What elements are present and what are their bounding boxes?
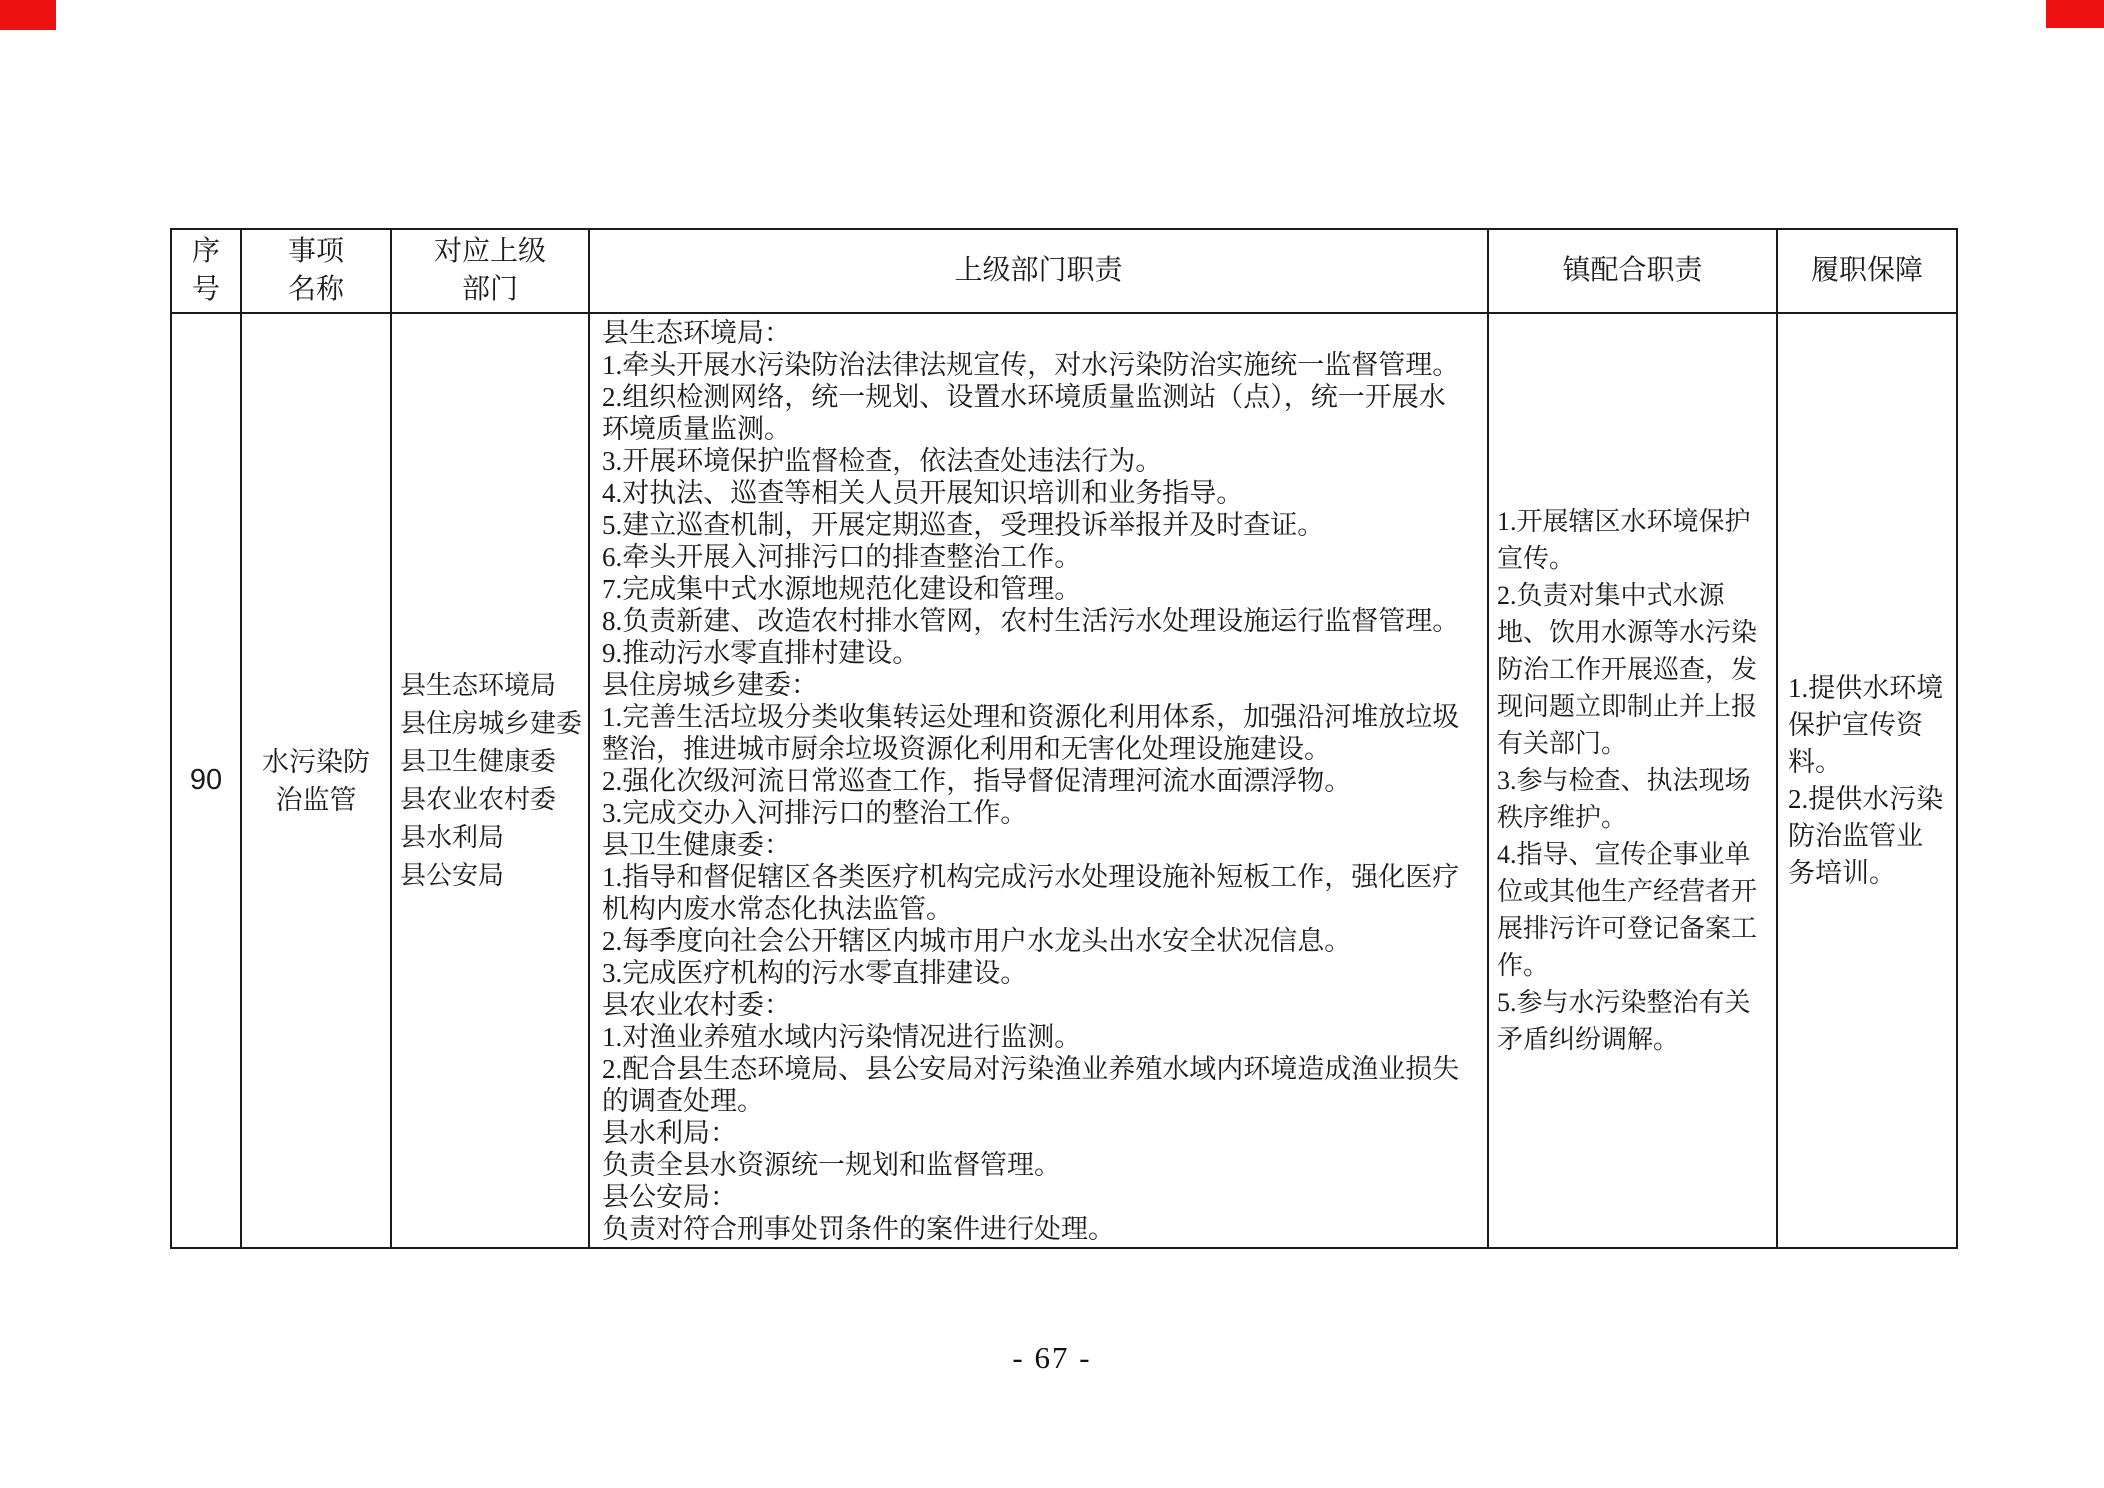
duty-paragraph: 1.完善生活垃圾分类收集转运处理和资源化利用体系，加强沿河堆放垃圾整治，推进城市… bbox=[602, 701, 1472, 765]
cell-item-name: 水污染防治监管 bbox=[241, 313, 391, 1248]
duty-paragraph: 2.强化次级河流日常巡查工作，指导督促清理河流水面漂浮物。 bbox=[602, 765, 1472, 797]
header-superior-department: 对应上级部门 bbox=[391, 229, 589, 313]
duty-paragraph: 9.推动污水零直排村建设。 bbox=[602, 637, 1472, 669]
department-name: 县生态环境局 bbox=[400, 667, 588, 705]
department-name: 县水利局 bbox=[400, 819, 588, 857]
town-duty-paragraph: 4.指导、宣传企事业单位或其他生产经营者开展排污许可登记备案工作。 bbox=[1497, 836, 1768, 984]
department-name: 县农业农村委 bbox=[400, 781, 588, 819]
header-line: 镇配合职责 bbox=[1489, 252, 1776, 290]
guarantee-paragraph: 1.提供水环境保护宣传资料。 bbox=[1788, 670, 1948, 781]
guarantee-paragraph: 2.提供水污染防治监管业务培训。 bbox=[1788, 781, 1948, 892]
duty-paragraph: 2.配合县生态环境局、县公安局对污染渔业养殖水域内环境造成渔业损失的调查处理。 bbox=[602, 1053, 1472, 1117]
department-name: 县公安局 bbox=[400, 857, 588, 895]
page-number: - 67 - bbox=[0, 1340, 2104, 1376]
cell-superior-duties: 县生态环境局：1.牵头开展水污染防治法律法规宣传，对水污染防治实施统一监督管理。… bbox=[589, 313, 1488, 1248]
red-corner-mark-left bbox=[0, 0, 56, 30]
duty-paragraph: 3.完成医疗机构的污水零直排建设。 bbox=[602, 957, 1472, 989]
duty-paragraph: 县生态环境局： bbox=[602, 317, 1472, 349]
header-row: 序号 事项名称 对应上级部门 上级部门职责 镇配合职责 履职保障 bbox=[171, 229, 1957, 313]
duty-paragraph: 1.牵头开展水污染防治法律法规宣传，对水污染防治实施统一监督管理。 bbox=[602, 349, 1472, 381]
duty-paragraph: 县农业农村委： bbox=[602, 989, 1472, 1021]
cell-town-duties: 1.开展辖区水环境保护宣传。2.负责对集中式水源地、饮用水源等水污染防治工作开展… bbox=[1488, 313, 1777, 1248]
duty-paragraph: 2.组织检测网络，统一规划、设置水环境质量监测站（点），统一开展水环境质量监测。 bbox=[602, 381, 1472, 445]
duty-paragraph: 4.对执法、巡查等相关人员开展知识培训和业务指导。 bbox=[602, 477, 1472, 509]
duty-paragraph: 县公安局： bbox=[602, 1181, 1472, 1213]
header-index: 序号 bbox=[171, 229, 241, 313]
duty-paragraph: 县卫生健康委： bbox=[602, 829, 1472, 861]
header-guarantee: 履职保障 bbox=[1777, 229, 1957, 313]
duty-paragraph: 3.开展环境保护监督检查，依法查处违法行为。 bbox=[602, 445, 1472, 477]
header-item-name: 事项名称 bbox=[241, 229, 391, 313]
header-line: 对应上级 bbox=[392, 233, 588, 271]
duty-paragraph: 县住房城乡建委： bbox=[602, 669, 1472, 701]
header-line: 部门 bbox=[392, 271, 588, 309]
duty-paragraph: 1.指导和督促辖区各类医疗机构完成污水处理设施补短板工作，强化医疗机构内废水常态… bbox=[602, 861, 1472, 925]
header-line: 名称 bbox=[242, 271, 390, 309]
header-line: 履职保障 bbox=[1778, 252, 1956, 290]
cell-superior-departments: 县生态环境局县住房城乡建委县卫生健康委县农业农村委县水利局县公安局 bbox=[391, 313, 589, 1248]
town-duty-paragraph: 5.参与水污染整治有关矛盾纠纷调解。 bbox=[1497, 984, 1768, 1058]
header-line: 事项 bbox=[242, 233, 390, 271]
town-duty-paragraph: 2.负责对集中式水源地、饮用水源等水污染防治工作开展巡查，发现问题立即制止并上报… bbox=[1497, 577, 1768, 762]
duty-paragraph: 负责全县水资源统一规划和监督管理。 bbox=[602, 1149, 1472, 1181]
red-corner-mark-right bbox=[2046, 0, 2104, 28]
duty-paragraph: 县水利局： bbox=[602, 1117, 1472, 1149]
header-line: 号 bbox=[172, 271, 240, 309]
duty-paragraph: 2.每季度向社会公开辖区内城市用户水龙头出水安全状况信息。 bbox=[602, 925, 1472, 957]
duty-paragraph: 负责对符合刑事处罚条件的案件进行处理。 bbox=[602, 1213, 1472, 1245]
duty-paragraph: 1.对渔业养殖水域内污染情况进行监测。 bbox=[602, 1021, 1472, 1053]
town-duty-paragraph: 3.参与检查、执法现场秩序维护。 bbox=[1497, 762, 1768, 836]
department-name: 县卫生健康委 bbox=[400, 743, 588, 781]
department-name: 县住房城乡建委 bbox=[400, 705, 588, 743]
duty-paragraph: 8.负责新建、改造农村排水管网，农村生活污水处理设施运行监督管理。 bbox=[602, 605, 1472, 637]
header-line: 上级部门职责 bbox=[590, 252, 1487, 290]
cell-index: 90 bbox=[171, 313, 241, 1248]
duty-paragraph: 3.完成交办入河排污口的整治工作。 bbox=[602, 797, 1472, 829]
town-duty-paragraph: 1.开展辖区水环境保护宣传。 bbox=[1497, 503, 1768, 577]
duty-paragraph: 7.完成集中式水源地规范化建设和管理。 bbox=[602, 573, 1472, 605]
cell-guarantee: 1.提供水环境保护宣传资料。2.提供水污染防治监管业务培训。 bbox=[1777, 313, 1957, 1248]
responsibility-table: 序号 事项名称 对应上级部门 上级部门职责 镇配合职责 履职保障 90 水污染防… bbox=[170, 228, 1958, 1249]
table-row: 90 水污染防治监管 县生态环境局县住房城乡建委县卫生健康委县农业农村委县水利局… bbox=[171, 313, 1957, 1248]
header-town-duties: 镇配合职责 bbox=[1488, 229, 1777, 313]
duty-paragraph: 6.牵头开展入河排污口的排查整治工作。 bbox=[602, 541, 1472, 573]
header-superior-duties: 上级部门职责 bbox=[589, 229, 1488, 313]
document-page: { "page": { "number_label": "- 67 -", "c… bbox=[0, 0, 2104, 1488]
header-line: 序 bbox=[172, 233, 240, 271]
duty-paragraph: 5.建立巡查机制，开展定期巡查，受理投诉举报并及时查证。 bbox=[602, 509, 1472, 541]
